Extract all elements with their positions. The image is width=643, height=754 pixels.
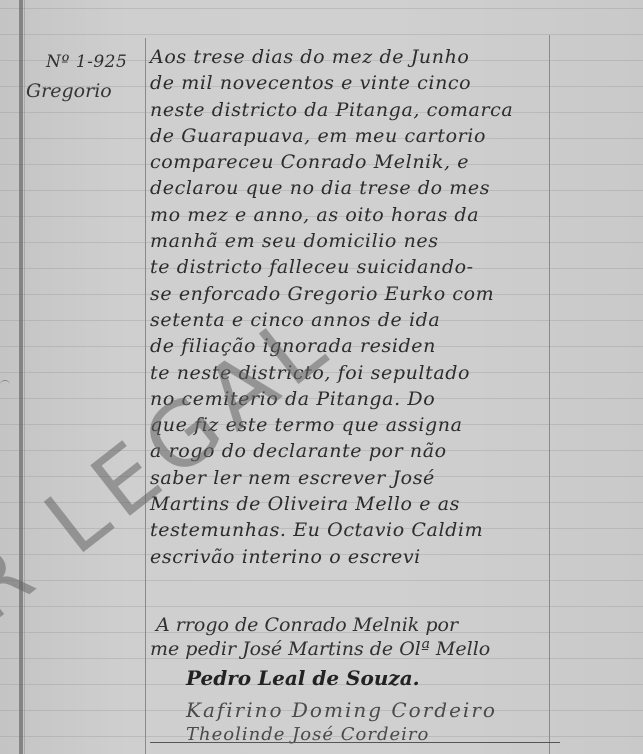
left-margin-line-light	[24, 0, 25, 754]
rogo-line-2: me pedir José Martins de Olª Mello	[150, 638, 490, 660]
registry-body-text: Aos trese dias do mez de Junho de mil no…	[150, 44, 560, 570]
stray-ink-mark	[0, 380, 10, 389]
body-line: se enforcado Gregorio Eurko com	[150, 281, 560, 307]
body-line: Martins de Oliveira Mello e as	[150, 491, 560, 517]
body-line: manhã em seu domicilio nes	[150, 228, 560, 254]
body-line: Aos trese dias do mez de Junho	[150, 44, 560, 70]
body-line: setenta e cinco annos de ida	[150, 307, 560, 333]
signature-witness-1: Kafirino Doming Cordeiro	[186, 698, 497, 722]
body-line: neste districto da Pitanga, comarca	[150, 97, 560, 123]
margin-deceased-name: Gregorio	[26, 80, 112, 102]
body-line: mo mez e anno, as oito horas da	[150, 202, 560, 228]
column-divider-line	[145, 38, 146, 754]
body-line: compareceu Conrado Melnik, e	[150, 149, 560, 175]
body-line: de Guarapuava, em meu cartorio	[150, 123, 560, 149]
body-line: de mil novecentos e vinte cinco	[150, 70, 560, 96]
body-line: te districto falleceu suicidando-	[150, 254, 560, 280]
rogo-line: A rrogo de Conrado Melnik por	[156, 614, 458, 636]
entry-end-rule	[150, 742, 560, 743]
body-line: declarou que no dia trese do mes	[150, 175, 560, 201]
body-line: escrivão interino o escrevi	[150, 544, 560, 570]
body-line: testemunhas. Eu Octavio Caldim	[150, 517, 560, 543]
entry-number: Nº 1-925	[46, 52, 127, 72]
left-margin-line	[19, 0, 23, 754]
signature-pedro-leal: Pedro Leal de Souza.	[186, 666, 420, 690]
